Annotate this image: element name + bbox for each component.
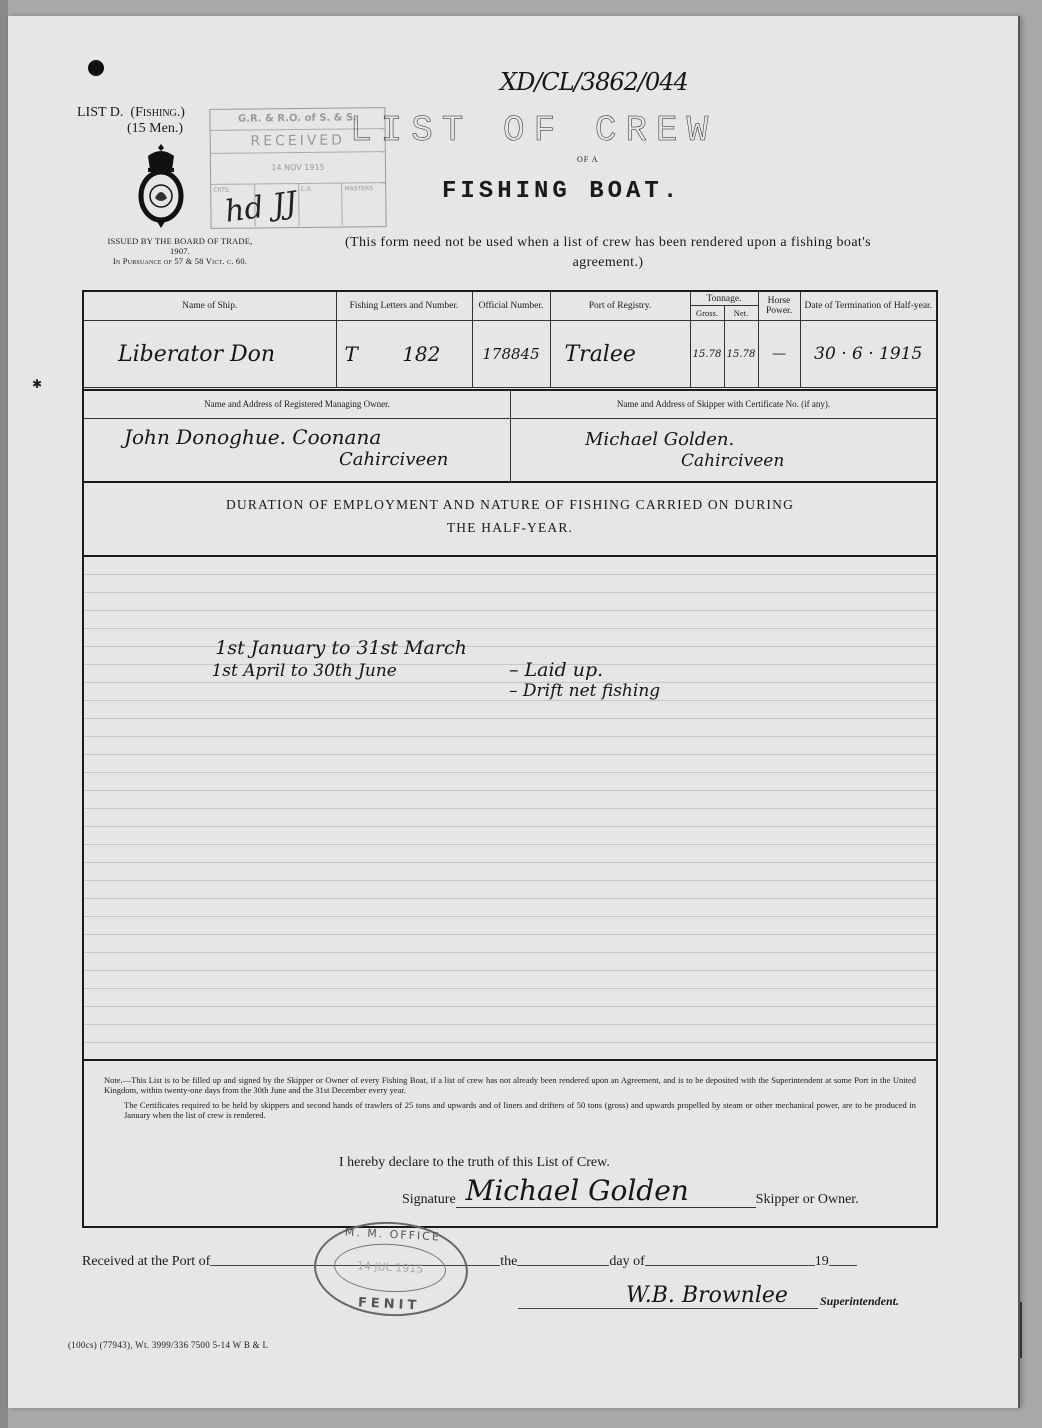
signature-field: Michael Golden: [456, 1177, 756, 1208]
duration-entries-area: 1st January to 31st March – Laid up. 1st…: [84, 557, 936, 1059]
skipper-signature: Michael Golden: [466, 1174, 689, 1207]
header-gross: Gross.: [690, 306, 724, 321]
year-prefix: 19: [815, 1254, 829, 1270]
duration-nature: – Drift net fishing: [509, 681, 660, 701]
note-certificates: The Certificates required to be held by …: [84, 1100, 936, 1120]
form-usage-note: (This form need not be used when a list …: [308, 233, 908, 273]
value-fishing-letters: T 182: [336, 321, 472, 388]
stamp-cell-cr: C.R.: [299, 184, 343, 226]
note-filing-instructions: Note.—This List is to be filled up and s…: [84, 1075, 936, 1095]
notes-and-declaration: Note.—This List is to be filled up and s…: [84, 1059, 936, 1228]
value-port-of-registry: Tralee: [550, 321, 690, 388]
duration-header-line1: DURATION OF EMPLOYMENT AND NATURE OF FIS…: [84, 493, 936, 516]
signature-row: Signature Michael Golden Skipper or Owne…: [402, 1177, 859, 1208]
ink-mark: ✱: [32, 377, 42, 392]
signature-label: Signature: [402, 1192, 456, 1208]
printer-imprint: (100cs) (77943), Wt. 3999/336 7500 5-14 …: [68, 1340, 268, 1350]
issuer-statute: In Pursuance of 57 & 58 Vict. c. 60.: [80, 256, 280, 266]
superintendent-label: Superintendent.: [820, 1294, 899, 1309]
duration-section-header: DURATION OF EMPLOYMENT AND NATURE OF FIS…: [84, 481, 936, 557]
value-fishing-number: 182: [402, 342, 440, 366]
owner-skipper-section: Name and Address of Registered Managing …: [84, 389, 936, 483]
owner-header: Name and Address of Registered Managing …: [84, 391, 510, 419]
punch-hole: [88, 60, 104, 76]
issuer-line: ISSUED BY THE BOARD OF TRADE,: [80, 236, 280, 246]
duration-entry: 1st April to 30th June – Drift net fishi…: [179, 641, 397, 721]
list-type: (Fishing.): [130, 105, 185, 120]
superintendent-row: W.B. Brownlee Superintendent.: [518, 1280, 899, 1309]
superintendent-signature: W.B. Brownlee: [626, 1283, 788, 1308]
value-name-of-ship: Liberator Don: [84, 321, 336, 388]
value-net-tonnage: 15.78: [724, 321, 758, 388]
duration-period: 1st April to 30th June: [211, 661, 396, 681]
stamp-date: 14 NOV 1915: [211, 152, 385, 185]
duration-header-line2: THE HALF-YEAR.: [84, 516, 936, 539]
skipper-column: Name and Address of Skipper with Certifi…: [511, 391, 936, 483]
declaration-text: I hereby declare to the truth of this Li…: [339, 1155, 610, 1171]
list-capacity: (15 Men.): [77, 121, 185, 137]
superintendent-signature-field: W.B. Brownlee: [518, 1280, 818, 1309]
value-gross-tonnage: 15.78: [690, 321, 724, 388]
ship-details-table: Name of Ship. Fishing Letters and Number…: [84, 292, 936, 388]
scan-edge: [0, 0, 8, 1428]
paper-clip-edge: [1020, 1302, 1022, 1358]
issuer-year: 1907.: [80, 246, 280, 256]
duration-nature: – Laid up.: [509, 659, 603, 681]
header-name-of-ship: Name of Ship.: [84, 292, 336, 321]
postmark-date: 14 JUL 1915: [333, 1241, 447, 1295]
owner-column: Name and Address of Registered Managing …: [84, 391, 511, 483]
month-field: [645, 1264, 815, 1266]
stamp-cell-masters: MASTERS: [342, 183, 385, 225]
received-label: Received at the Port of: [82, 1254, 210, 1270]
day-of-label: day of: [609, 1254, 644, 1270]
archive-reference-number: XD/CL/3862/044: [500, 68, 688, 96]
the-label: the: [500, 1254, 517, 1270]
header-port-of-registry: Port of Registry.: [550, 292, 690, 321]
header-net: Net.: [724, 306, 758, 321]
header-date-termination: Date of Termination of Half-year.: [800, 292, 936, 321]
skipper-name: Michael Golden.: [585, 429, 734, 450]
issuer-info: ISSUED BY THE BOARD OF TRADE, 1907. In P…: [80, 236, 280, 266]
royal-crest-icon: [136, 142, 186, 232]
value-horse-power: —: [758, 321, 800, 388]
value-official-number: 178845: [472, 321, 550, 388]
skipper-address: Cahirciveen: [681, 451, 784, 471]
form-identifier: LIST D. (Fishing.) (15 Men.): [77, 105, 185, 137]
value-fishing-letter: T: [345, 342, 358, 366]
page-subtitle: FISHING BOAT.: [442, 178, 681, 205]
value-date-termination: 30 · 6 · 1915: [800, 321, 936, 388]
mm-office-postmark: M. M. OFFICE 14 JUL 1915 FENIT: [312, 1218, 471, 1320]
list-label: LIST D.: [77, 105, 123, 120]
title-connector: OF A: [577, 155, 599, 164]
year-field: [829, 1264, 857, 1266]
signature-role: Skipper or Owner.: [756, 1192, 859, 1208]
header-official-number: Official Number.: [472, 292, 550, 321]
skipper-header: Name and Address of Skipper with Certifi…: [511, 391, 936, 419]
header-tonnage: Tonnage.: [690, 292, 758, 306]
page-title: LIST OF CREW: [350, 110, 890, 151]
day-field: [517, 1264, 609, 1266]
owner-name: John Donoghue. Coonana: [124, 425, 381, 449]
header-horse-power: Horse Power.: [758, 292, 800, 321]
crew-list-form: Name of Ship. Fishing Letters and Number…: [82, 290, 938, 1228]
header-fishing-letters: Fishing Letters and Number.: [336, 292, 472, 321]
receipt-row: Received at the Port of the day of 19: [82, 1254, 892, 1270]
owner-address: Cahirciveen: [339, 449, 448, 470]
